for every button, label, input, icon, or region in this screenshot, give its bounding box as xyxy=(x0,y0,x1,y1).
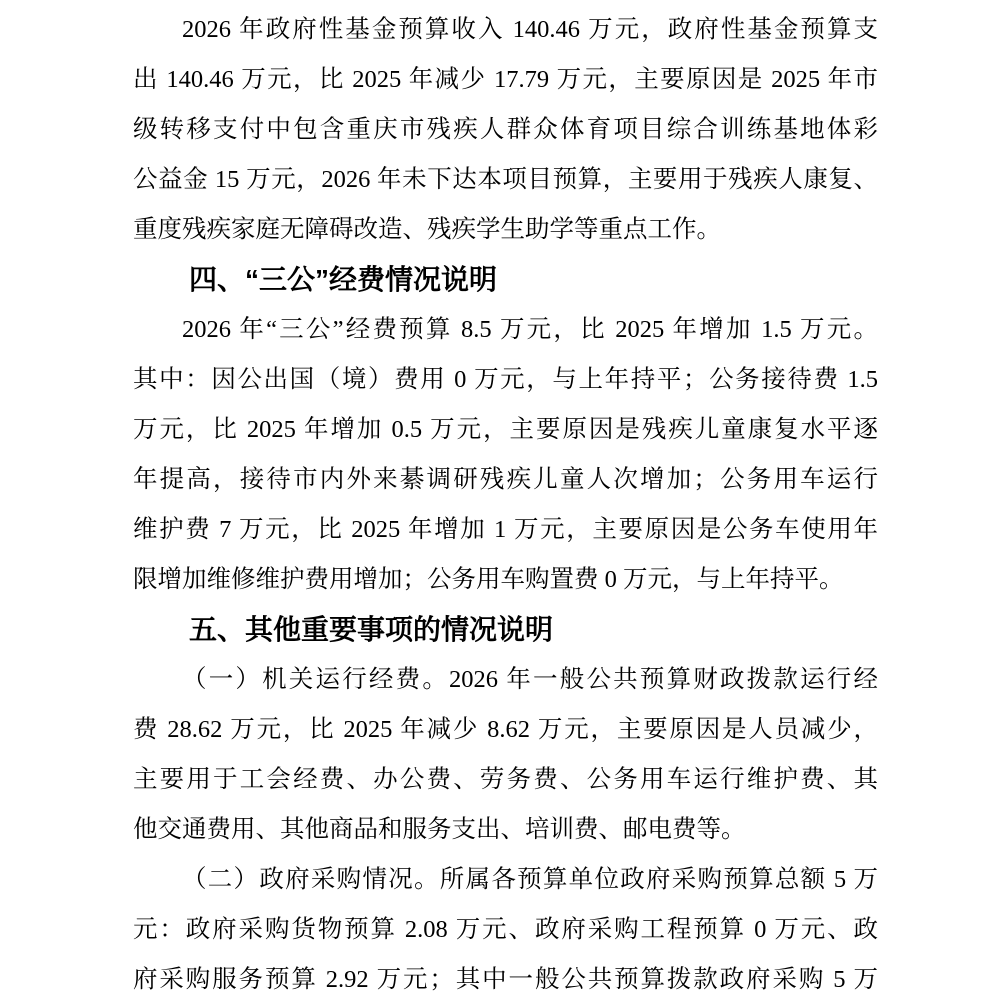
document-page: 2026 年政府性基金预算收入 140.46 万元，政府性基金预算支 出 140… xyxy=(0,0,1000,1003)
paragraph-line: （一）机关运行经费。2026 年一般公共预算财政拨款运行经 xyxy=(133,655,878,705)
paragraph-line: 2026 年“三公”经费预算 8.5 万元，比 2025 年增加 1.5 万元。 xyxy=(133,305,878,355)
section-5-heading: 五、其他重要事项的情况说明 xyxy=(133,605,878,655)
paragraph-line: 主要用于工会经费、办公费、劳务费、公务用车运行维护费、其 xyxy=(133,755,878,805)
paragraph-line: 他交通费用、其他商品和服务支出、培训费、邮电费等。 xyxy=(133,805,878,855)
paragraph-line: 限增加维修维护费用增加；公务用车购置费 0 万元，与上年持平。 xyxy=(133,555,878,605)
section-4-heading: 四、“三公”经费情况说明 xyxy=(133,255,878,305)
paragraph-line: 级转移支付中包含重庆市残疾人群众体育项目综合训练基地体彩 xyxy=(133,105,878,155)
paragraph-line: 维护费 7 万元，比 2025 年增加 1 万元，主要原因是公务车使用年 xyxy=(133,505,878,555)
paragraph-line: 其中：因公出国（境）费用 0 万元，与上年持平；公务接待费 1.5 xyxy=(133,355,878,405)
paragraph-line: 府采购服务预算 2.92 万元；其中一般公共预算拨款政府采购 5 万 xyxy=(133,955,878,1003)
paragraph-line: 公益金 15 万元，2026 年未下达本项目预算，主要用于残疾人康复、 xyxy=(133,155,878,205)
paragraph-line: 万元，比 2025 年增加 0.5 万元，主要原因是残疾儿童康复水平逐 xyxy=(133,405,878,455)
paragraph-line: 重度残疾家庭无障碍改造、残疾学生助学等重点工作。 xyxy=(133,205,878,255)
paragraph-line: 年提高，接待市内外来綦调研残疾儿童人次增加；公务用车运行 xyxy=(133,455,878,505)
paragraph-line: 元：政府采购货物预算 2.08 万元、政府采购工程预算 0 万元、政 xyxy=(133,905,878,955)
paragraph-line: （二）政府采购情况。所属各预算单位政府采购预算总额 5 万 xyxy=(133,855,878,905)
paragraph-line: 费 28.62 万元，比 2025 年减少 8.62 万元，主要原因是人员减少， xyxy=(133,705,878,755)
paragraph-line: 2026 年政府性基金预算收入 140.46 万元，政府性基金预算支 xyxy=(133,5,878,55)
paragraph-line: 出 140.46 万元，比 2025 年减少 17.79 万元，主要原因是 20… xyxy=(133,55,878,105)
